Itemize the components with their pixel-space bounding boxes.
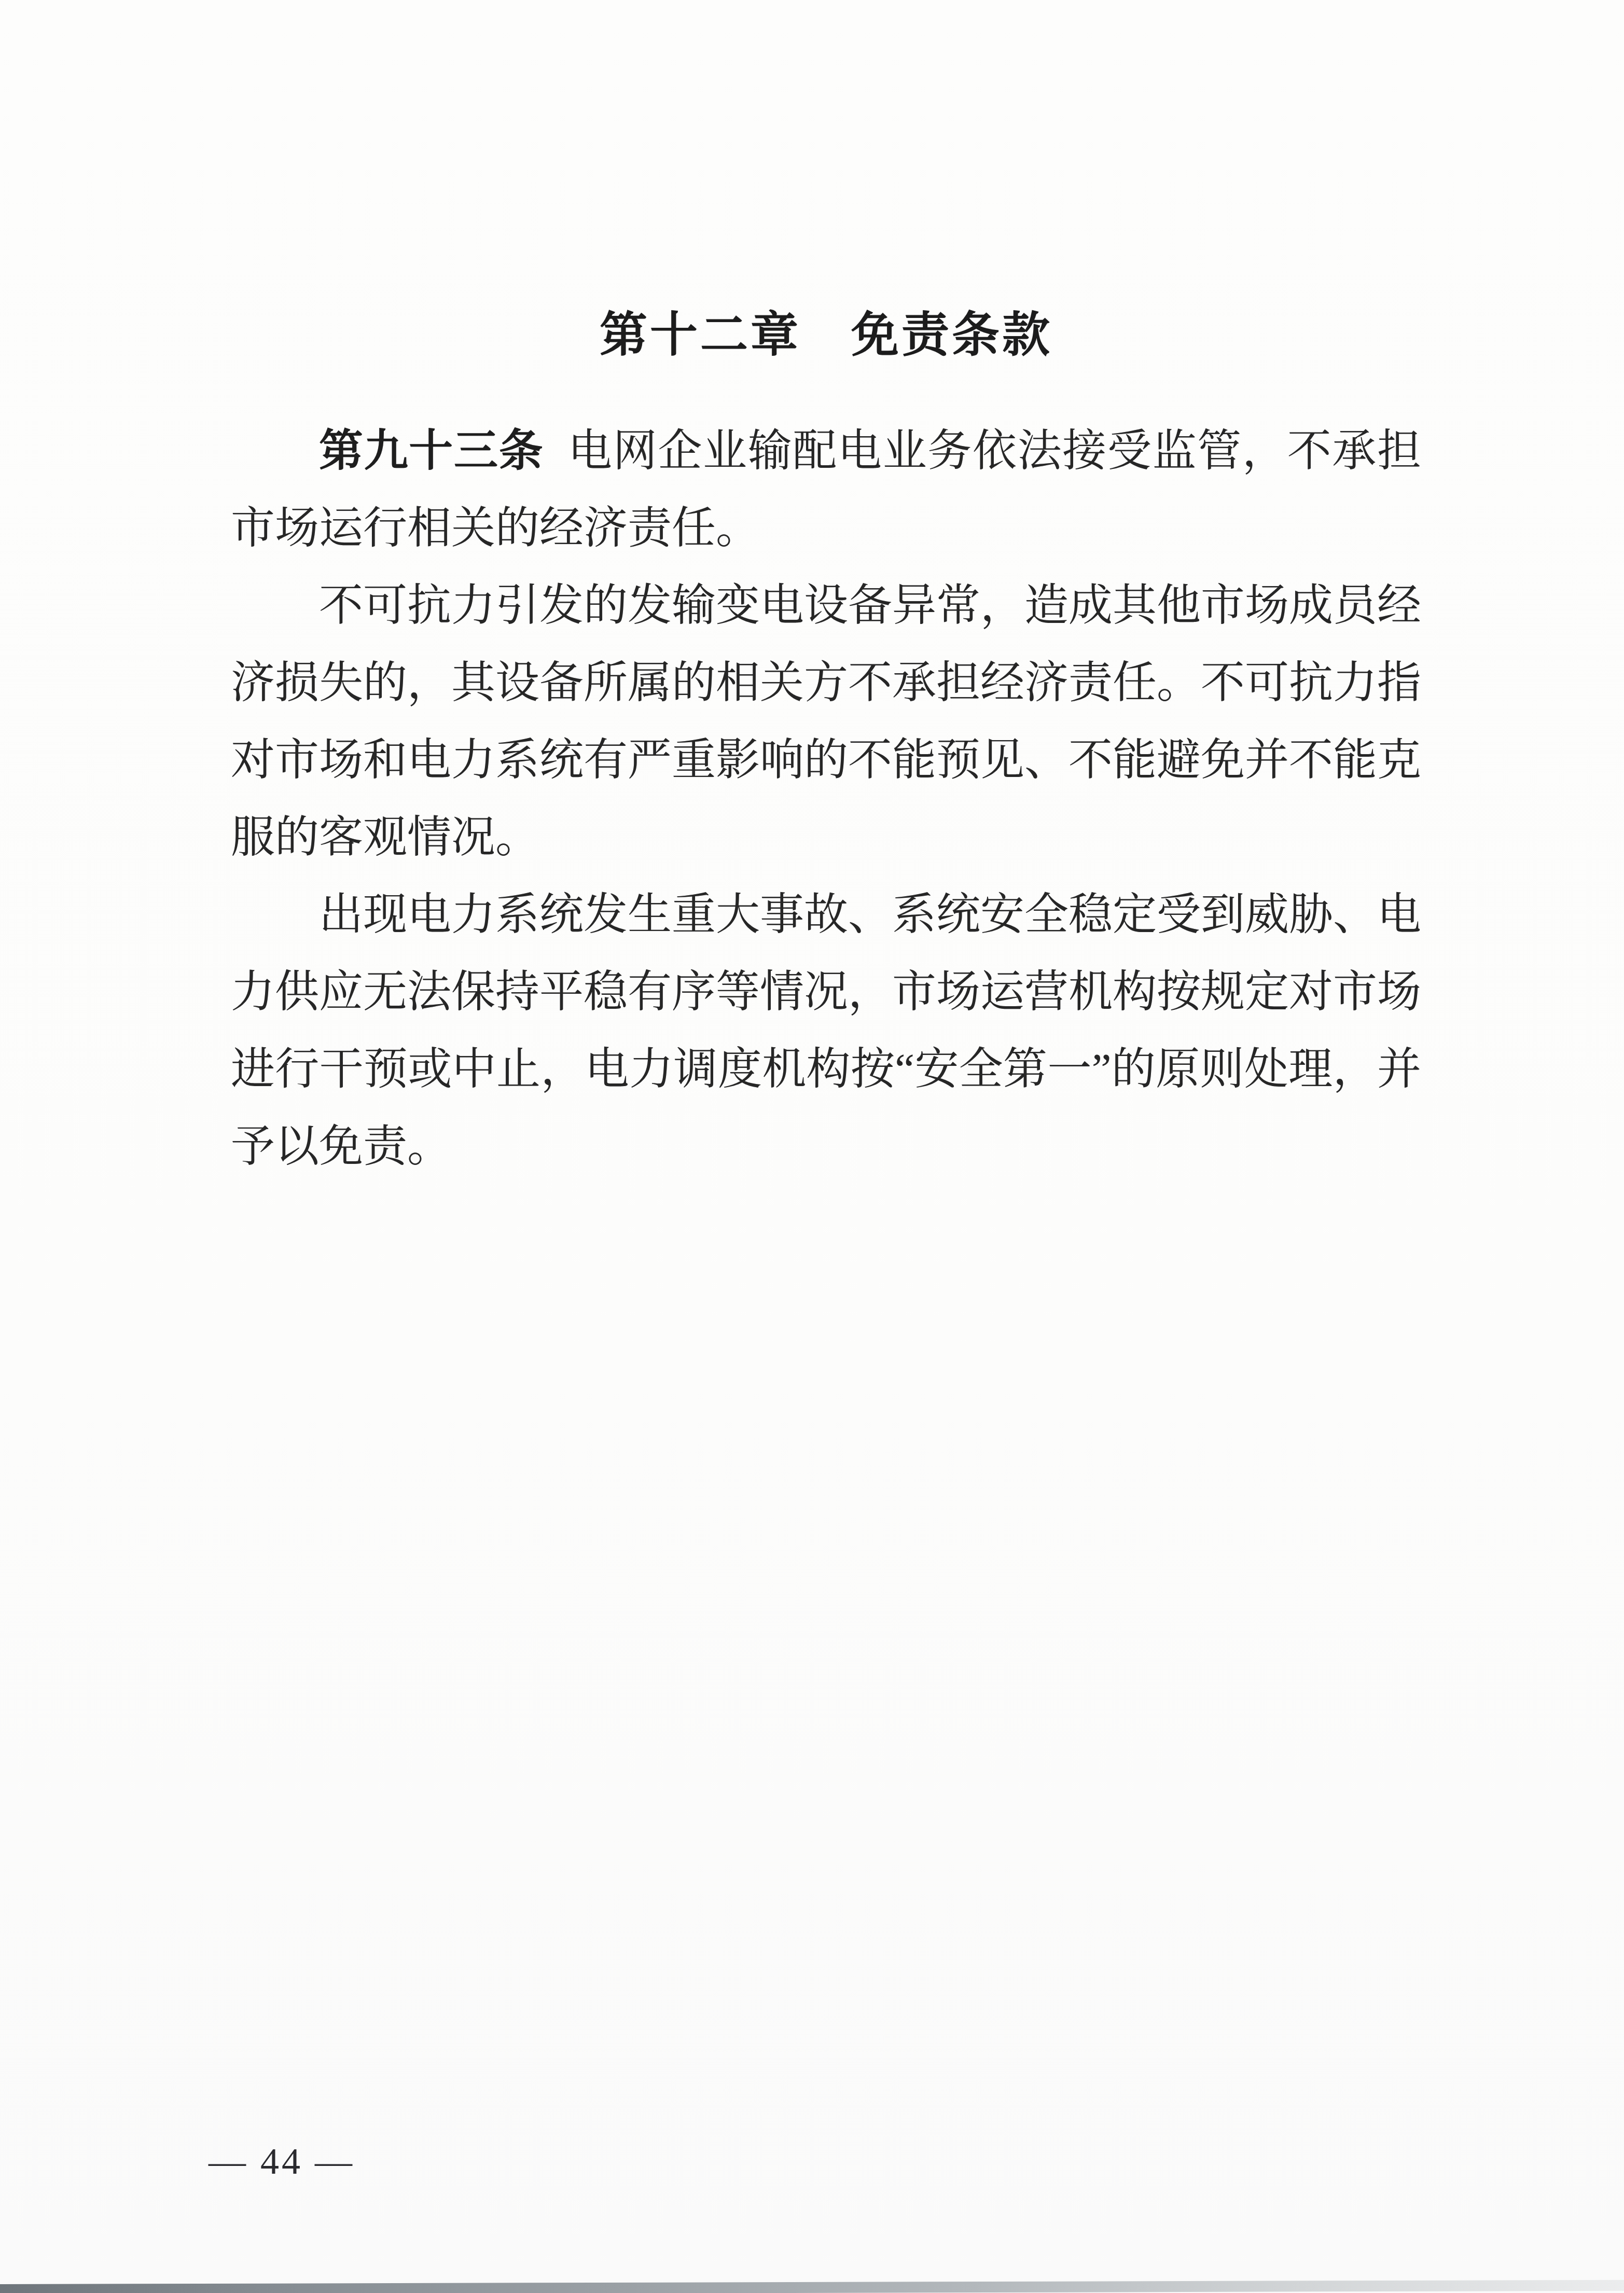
paragraph-2-text: 不可抗力引发的发输变电设备异常，造成其他市场成员经济损失的，其设备所属的相关方不… xyxy=(231,581,1421,862)
paragraph-3-text: 出现电力系统发生重大事故、系统安全稳定受到威胁、电力供应无法保持平稳有序等情况，… xyxy=(231,891,1421,1171)
paragraph-force-majeure: 不可抗力引发的发输变电设备异常，造成其他市场成员经济损失的，其设备所属的相关方不… xyxy=(231,567,1421,877)
paragraph-article-93: 第九十三条电网企业输配电业务依法接受监管，不承担市场运行相关的经济责任。 xyxy=(231,413,1421,567)
page-number: — 44 — xyxy=(209,2140,355,2183)
paragraph-emergency: 出现电力系统发生重大事故、系统安全稳定受到威胁、电力供应无法保持平稳有序等情况，… xyxy=(231,877,1421,1186)
body-text: 第九十三条电网企业输配电业务依法接受监管，不承担市场运行相关的经济责任。 不可抗… xyxy=(231,413,1421,1186)
scanned-document-page: 第十二章 免责条款 第九十三条电网企业输配电业务依法接受监管，不承担市场运行相关… xyxy=(0,0,1624,2293)
chapter-heading: 第十二章 免责条款 xyxy=(231,306,1421,364)
scanner-edge-artifact xyxy=(0,2280,1624,2293)
article-number: 第九十三条 xyxy=(319,427,544,476)
